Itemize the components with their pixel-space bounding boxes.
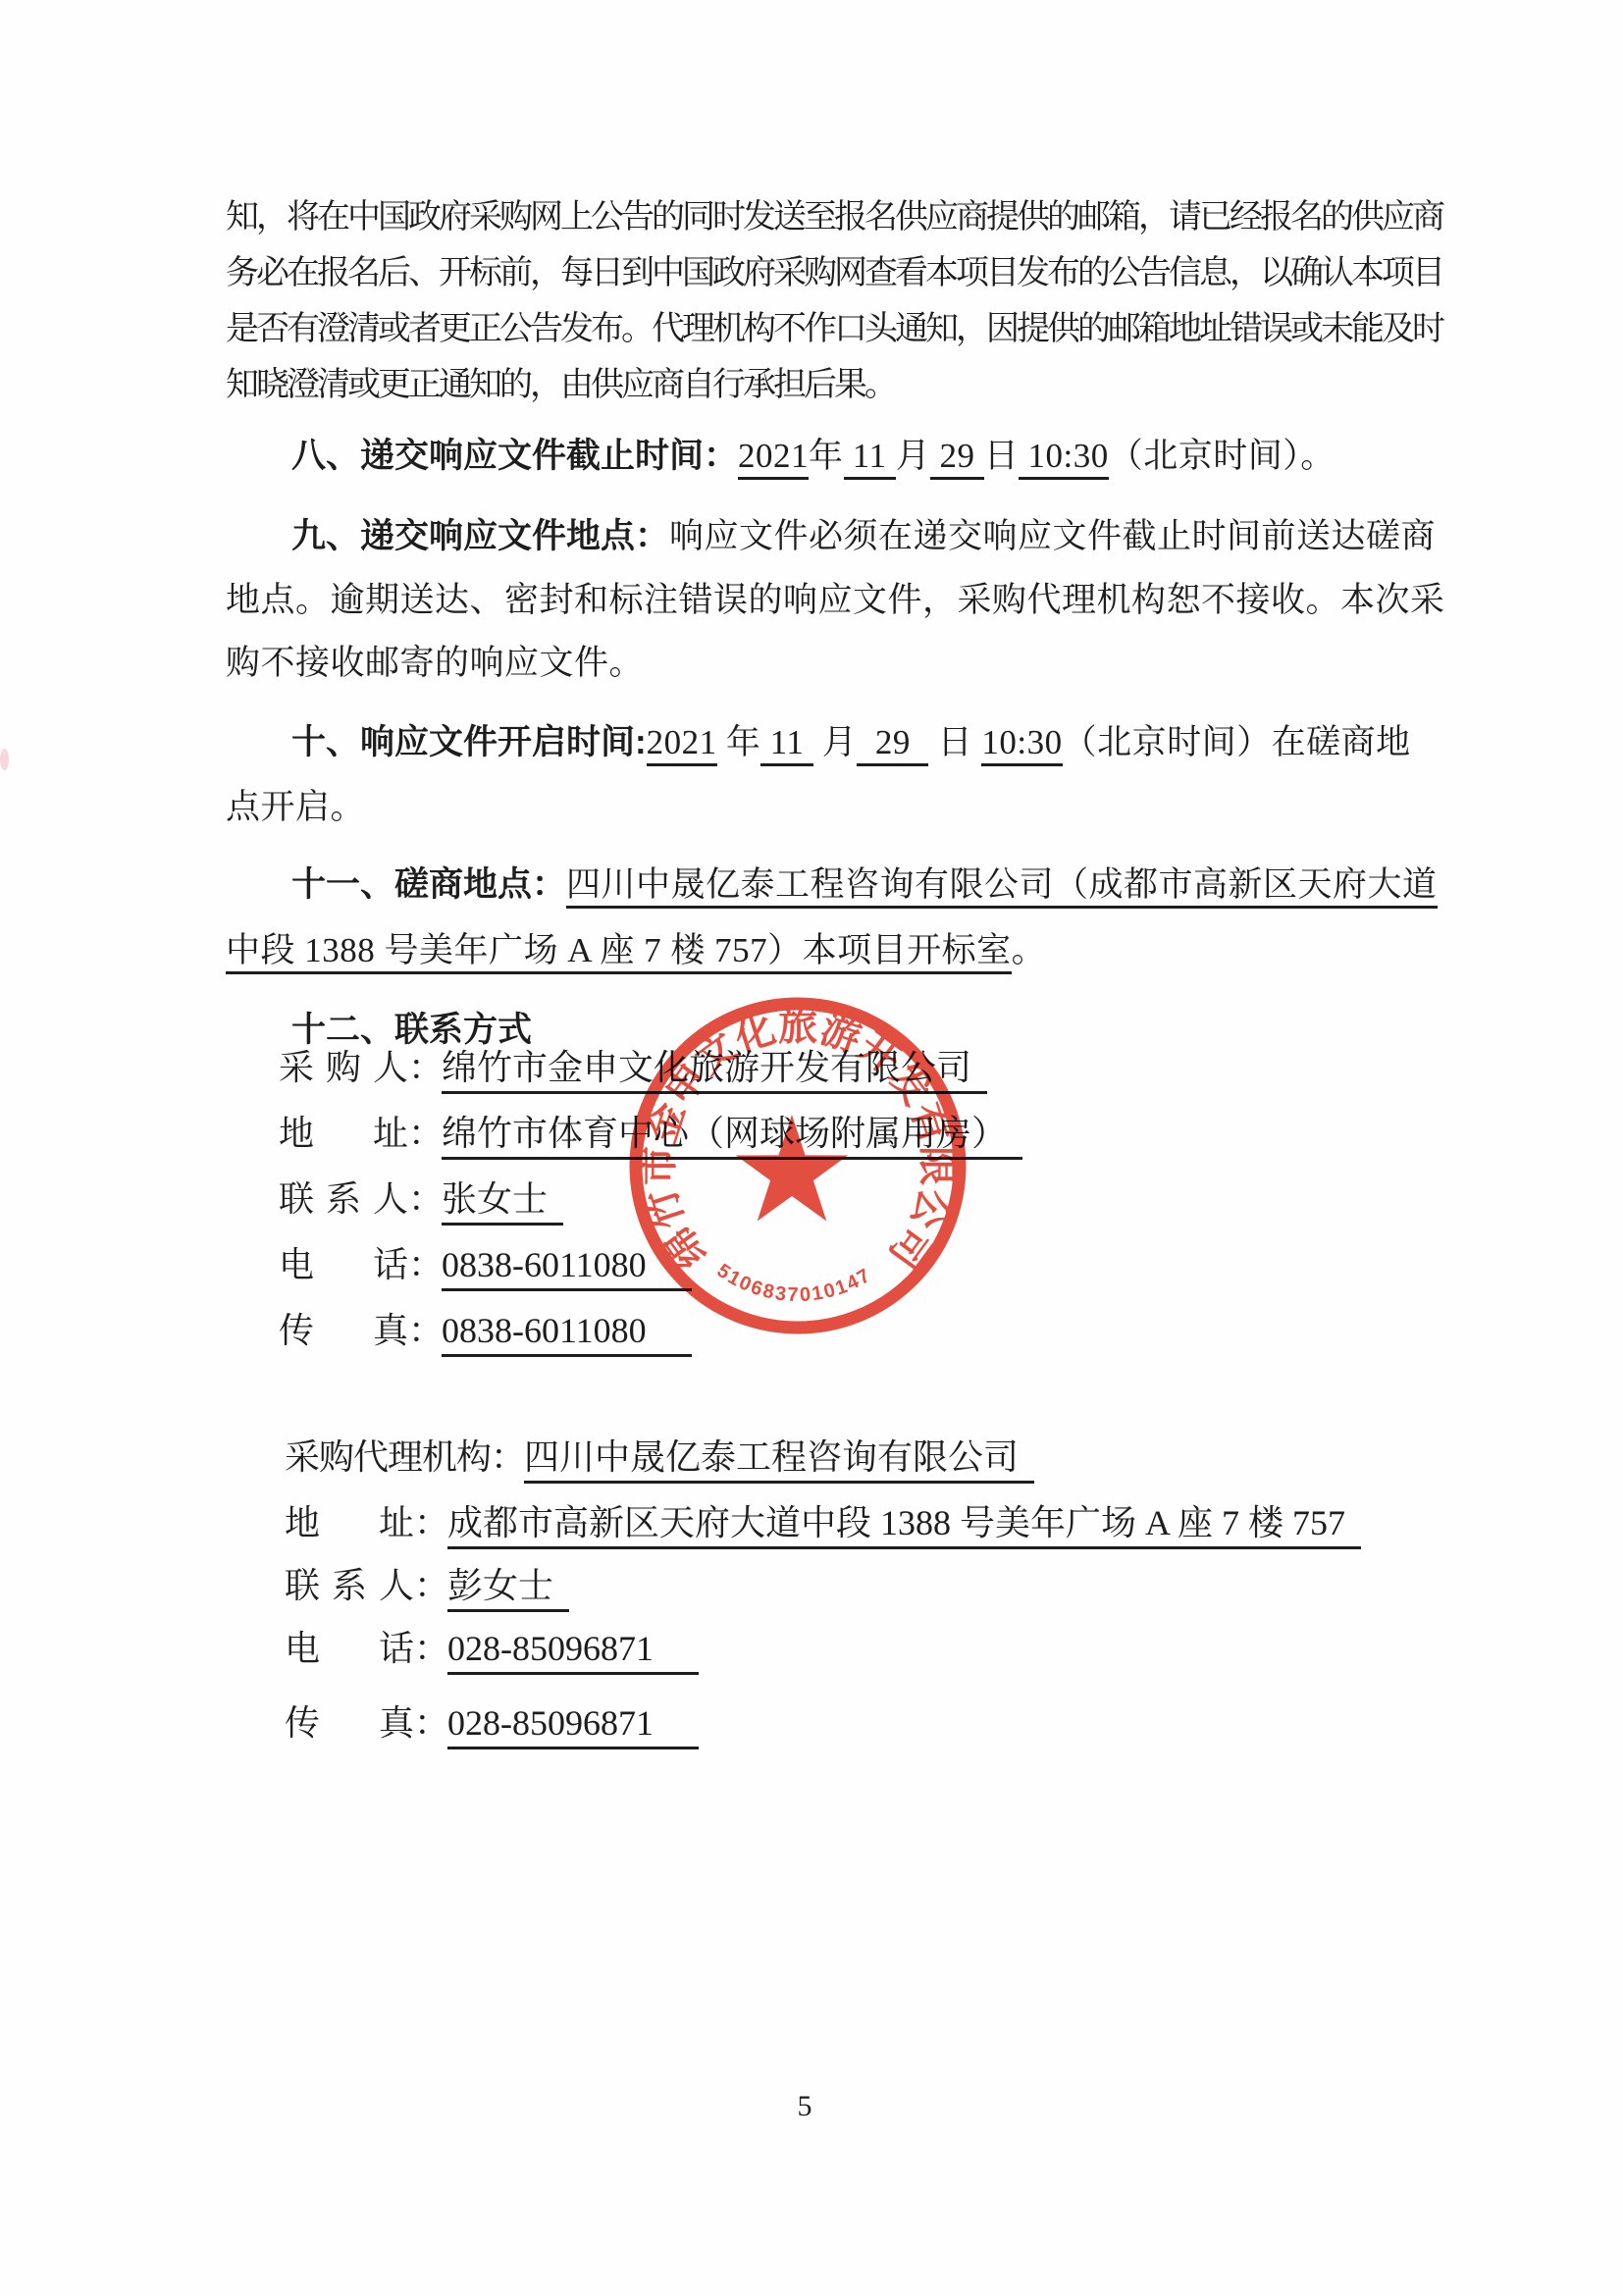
opening-time: 10:30 bbox=[981, 723, 1062, 766]
page-number: 5 bbox=[0, 2090, 1609, 2123]
agency-name: 四川中晟亿泰工程咨询有限公司 bbox=[524, 1437, 1034, 1484]
day-label: 日 bbox=[928, 723, 981, 761]
opening-day: 29 bbox=[857, 723, 928, 766]
contact-label: 联系人 bbox=[285, 1558, 414, 1608]
deadline-tail: （北京时间）。 bbox=[1109, 437, 1335, 475]
document-page: 知，将在中国政府采购网上公告的同时发送至报名供应商提供的邮箱，请已经报名的供应商… bbox=[0, 0, 1623, 2296]
deadline-month: 11 bbox=[844, 437, 896, 480]
agency-contact-row: 联系人：彭女士 bbox=[285, 1558, 569, 1608]
address-label: 地址 bbox=[279, 1106, 408, 1156]
venue-part-2: 中段 1388 号美年广场 A 座 7 楼 757）本项目开标室 bbox=[226, 931, 1012, 974]
opening-month: 11 bbox=[760, 723, 812, 766]
colon: ： bbox=[408, 1237, 442, 1287]
buyer-contact-row: 联系人：张女士 bbox=[279, 1172, 563, 1222]
month-label: 月 bbox=[813, 723, 858, 761]
section-10-line-2: 点开启。 bbox=[226, 780, 365, 829]
colon: ： bbox=[408, 1106, 442, 1156]
section-8-heading: 八、递交响应文件截止时间： bbox=[291, 437, 738, 475]
agency-row: 采购代理机构：四川中晟亿泰工程咨询有限公司 bbox=[285, 1430, 1034, 1480]
seal-star bbox=[736, 1115, 848, 1222]
colon: ： bbox=[491, 1430, 524, 1480]
deadline-time: 10:30 bbox=[1019, 437, 1108, 480]
colon: ： bbox=[408, 1172, 442, 1222]
deadline-day: 29 bbox=[930, 437, 984, 480]
opening-tail: （北京时间）在磋商地 bbox=[1063, 723, 1411, 761]
fax-label: 传真 bbox=[285, 1696, 414, 1746]
paragraph-line-3: 是否有澄清或者更正公告发布。代理机构不作口头通知，因提供的邮箱地址错误或未能及时 bbox=[226, 301, 1442, 349]
buyer-label: 采购人 bbox=[279, 1040, 408, 1090]
colon: ： bbox=[414, 1558, 447, 1608]
colon: ： bbox=[414, 1621, 447, 1671]
paragraph-line-4: 知晓澄清或更正通知的，由供应商自行承担后果。 bbox=[226, 357, 895, 405]
year-label: 年 bbox=[717, 723, 761, 761]
section-11-line-2: 中段 1388 号美年广场 A 座 7 楼 757）本项目开标室。 bbox=[226, 923, 1046, 972]
buyer-contact-person: 张女士 bbox=[442, 1179, 563, 1226]
section-9-line-3: 购不接收邮寄的响应文件。 bbox=[226, 636, 644, 685]
agency-phone: 028-85096871 bbox=[447, 1629, 699, 1675]
agency-fax: 028-85096871 bbox=[447, 1703, 699, 1749]
seal-code-text: 5106837010147 bbox=[713, 1260, 876, 1306]
agency-contact-person: 彭女士 bbox=[447, 1566, 569, 1612]
section-9-line-1: 九、递交响应文件地点：响应文件必须在递交响应文件截止时间前送达磋商 bbox=[291, 509, 1436, 558]
phone-label: 电话 bbox=[285, 1621, 414, 1671]
colon: ： bbox=[414, 1495, 447, 1545]
deadline-year: 2021 bbox=[738, 437, 809, 480]
address-label: 地址 bbox=[285, 1495, 414, 1545]
month-label: 月 bbox=[896, 437, 931, 475]
agency-address: 成都市高新区天府大道中段 1388 号美年广场 A 座 7 楼 757 bbox=[447, 1503, 1361, 1549]
venue-part-1: 四川中晟亿泰工程咨询有限公司（成都市高新区天府大道 bbox=[566, 865, 1438, 909]
section-8-line: 八、递交响应文件截止时间：2021年 11 月 29 日 10:30（北京时间）… bbox=[291, 429, 1335, 478]
section-11-heading: 十一、磋商地点： bbox=[291, 865, 566, 904]
paragraph-line-1: 知，将在中国政府采购网上公告的同时发送至报名供应商提供的邮箱，请已经报名的供应商 bbox=[226, 189, 1442, 237]
fax-label: 传真 bbox=[279, 1303, 408, 1353]
colon: ： bbox=[408, 1303, 442, 1353]
contact-label: 联系人 bbox=[279, 1172, 408, 1222]
section-9-heading: 九、递交响应文件地点： bbox=[291, 517, 669, 555]
scan-speck bbox=[0, 749, 9, 770]
paragraph-line-2: 务必在报名后、开标前，每日到中国政府采购网查看本项目发布的公告信息，以确认本项目 bbox=[226, 245, 1442, 293]
agency-fax-row: 传真：028-85096871 bbox=[285, 1696, 699, 1746]
official-seal: 绵竹市金申文化旅游开发有限公司 5106837010147 bbox=[616, 984, 979, 1347]
agency-phone-row: 电话：028-85096871 bbox=[285, 1621, 699, 1671]
year-label: 年 bbox=[809, 437, 844, 475]
section-9-line-2: 地点。逾期送达、密封和标注错误的响应文件，采购代理机构恕不接收。本次采 bbox=[226, 573, 1445, 622]
section-9-text: 响应文件必须在递交响应文件截止时间前送达磋商 bbox=[669, 517, 1436, 555]
section-11-line-1: 十一、磋商地点：四川中晟亿泰工程咨询有限公司（成都市高新区天府大道 bbox=[291, 858, 1438, 907]
section-10-line-1: 十、响应文件开启时间:2021 年 11 月 29 日 10:30（北京时间）在… bbox=[291, 715, 1411, 764]
colon: ： bbox=[408, 1040, 442, 1090]
section-10-heading: 十、响应文件开启时间: bbox=[291, 723, 647, 761]
opening-year: 2021 bbox=[647, 723, 717, 766]
colon: ： bbox=[414, 1696, 447, 1746]
phone-label: 电话 bbox=[279, 1237, 408, 1287]
agency-label: 采购代理机构 bbox=[285, 1430, 491, 1480]
agency-address-row: 地址：成都市高新区天府大道中段 1388 号美年广场 A 座 7 楼 757 bbox=[285, 1495, 1361, 1545]
venue-tail: 。 bbox=[1012, 931, 1047, 969]
day-label: 日 bbox=[984, 437, 1020, 475]
